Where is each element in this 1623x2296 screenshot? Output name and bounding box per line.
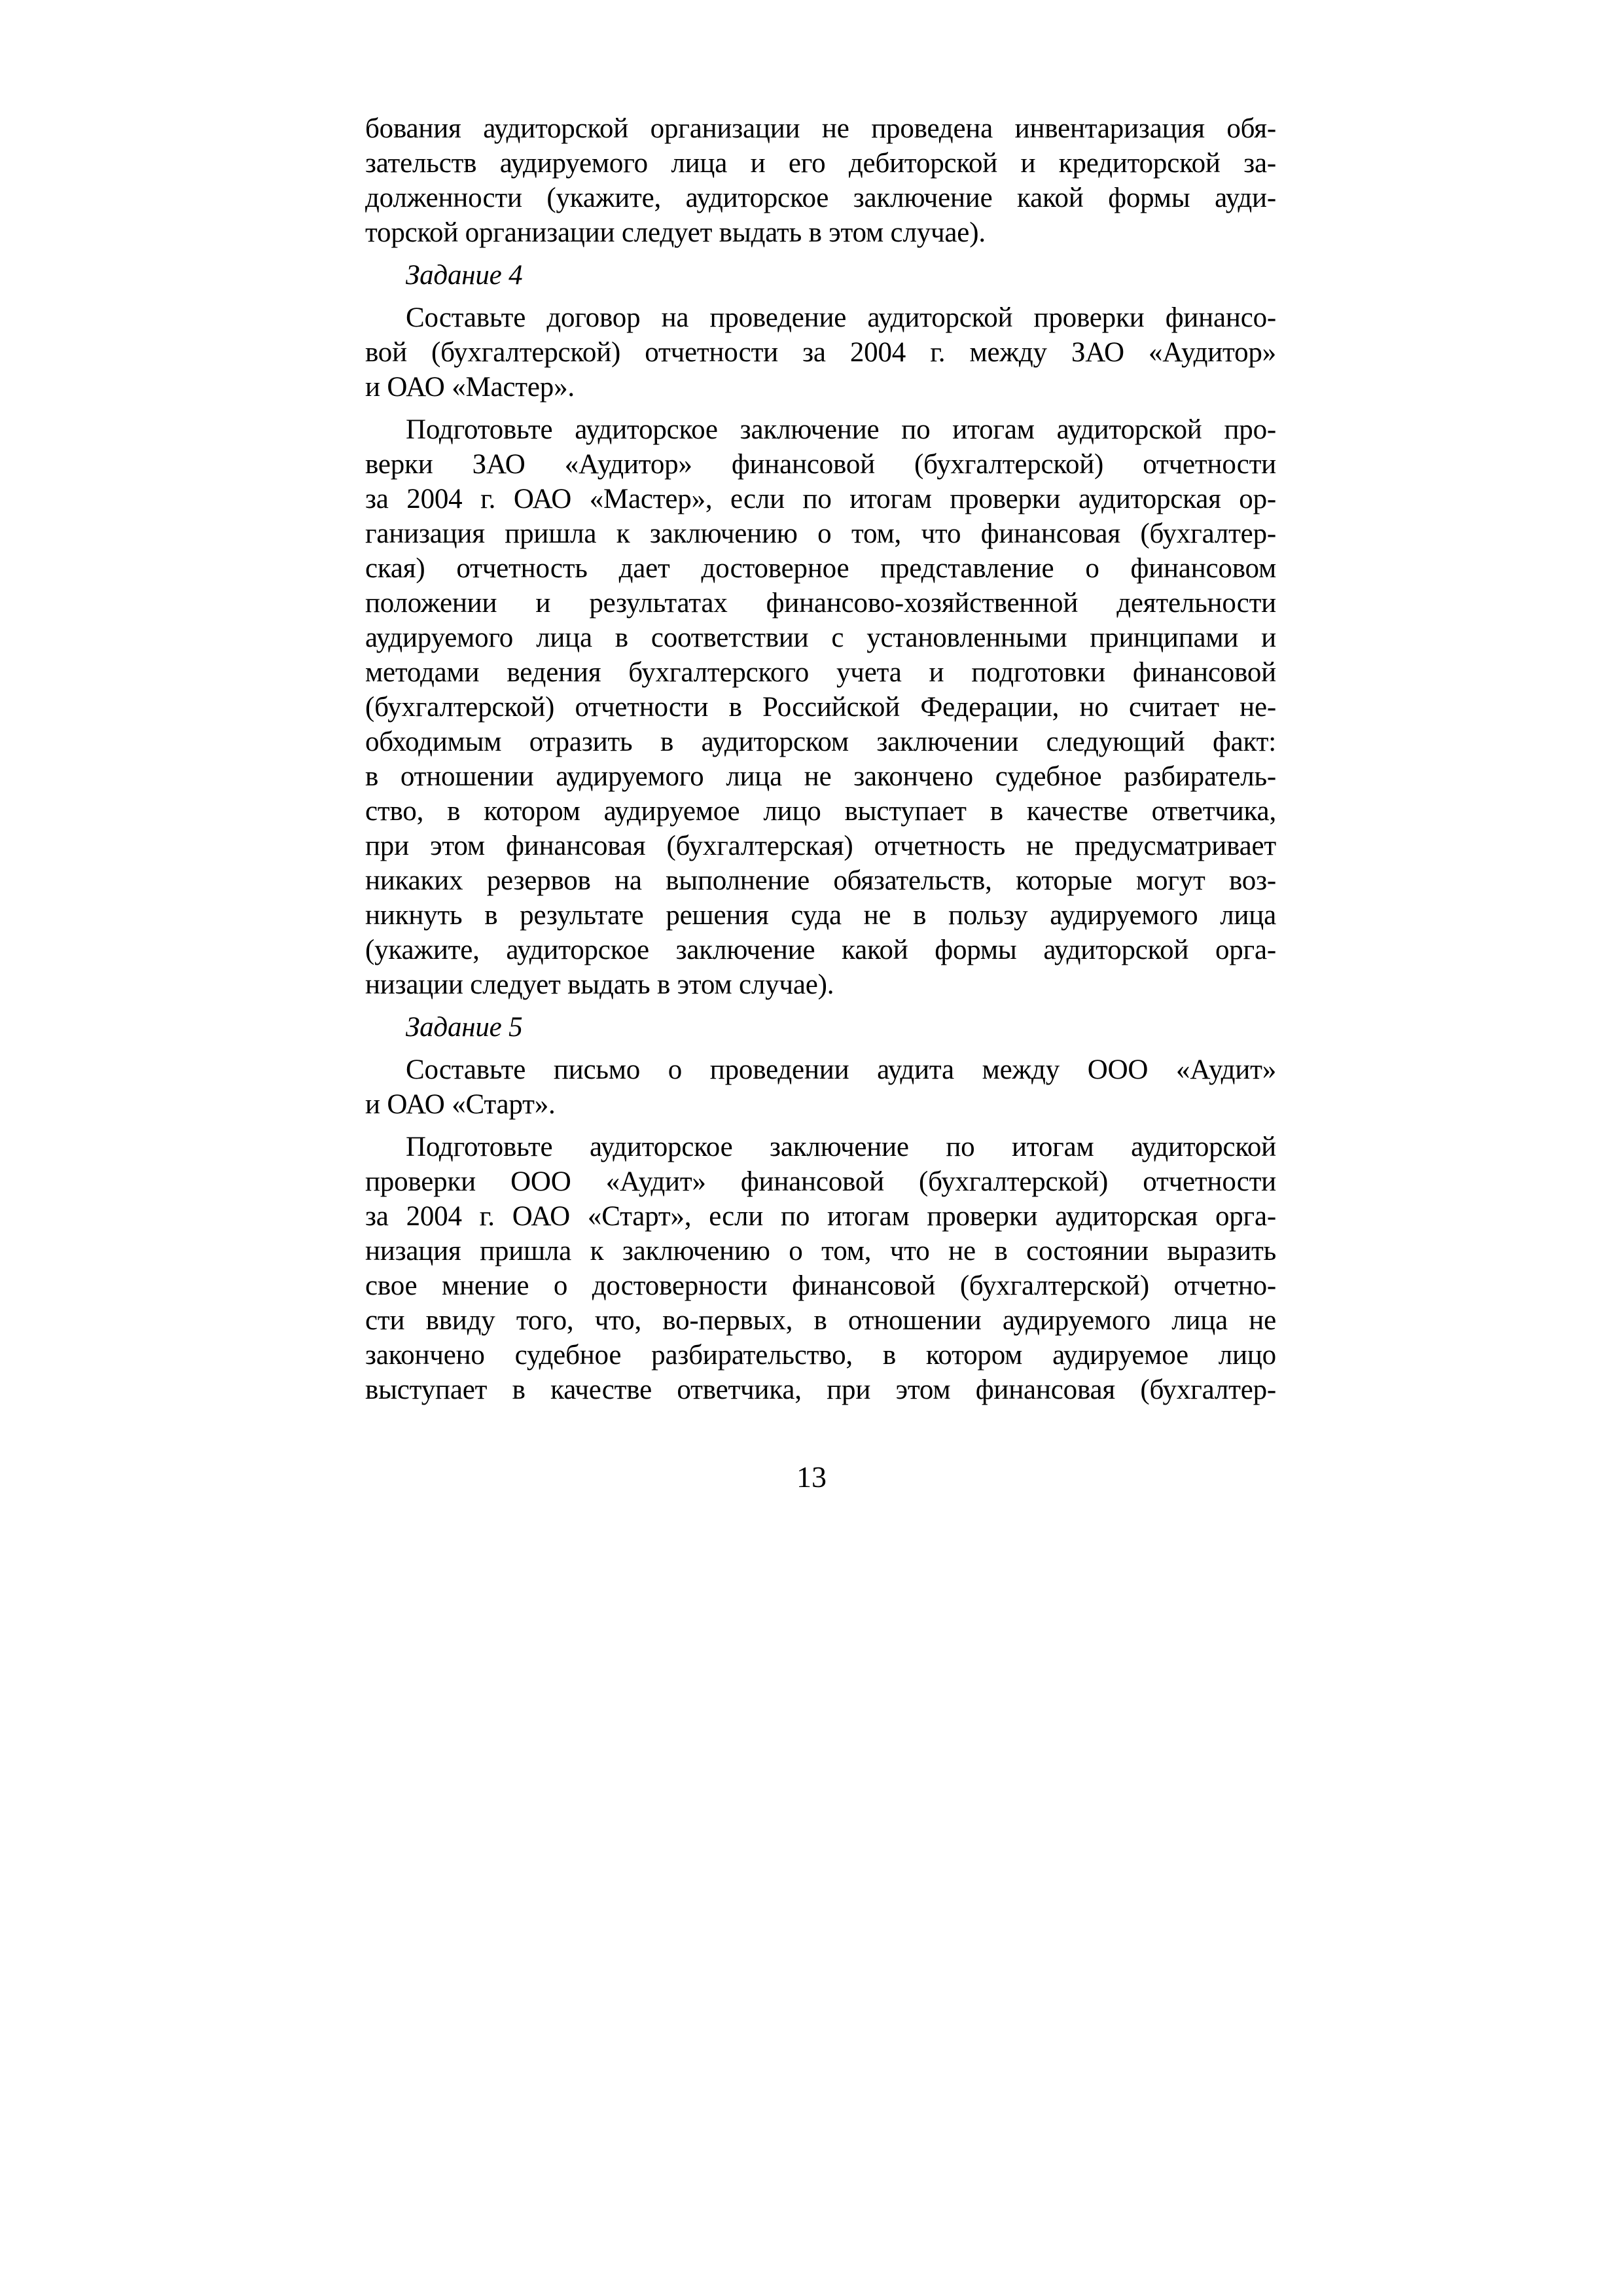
text-line: (укажите, аудиторское заключение какой ф… [365,933,1276,967]
text-line: низация пришла к заключению о том, что н… [365,1234,1276,1268]
text-line: при этом финансовая (бухгалтерская) отче… [365,829,1276,863]
task-5-heading: Задание 5 [365,1010,1276,1045]
paragraph-task5-letter: Составьте письмо о проведении аудита меж… [365,1052,1276,1122]
text-line: Подготовьте аудиторское заключение по ит… [365,412,1276,447]
task-4-heading: Задание 4 [365,258,1276,293]
text-line: выступает в качестве ответчика, при этом… [365,1372,1276,1407]
text-line: методами ведения бухгалтерского учета и … [365,655,1276,690]
text-line: зательств аудируемого лица и его дебитор… [365,146,1276,181]
text-line: торской организации следует выдать в это… [365,215,1276,250]
text-line: ская) отчетность дает достоверное предст… [365,551,1276,586]
text-line: никаких резервов на выполнение обязатель… [365,863,1276,898]
page-number: 13 [0,1460,1623,1494]
text-line: положении и результатах финансово-хозяйс… [365,586,1276,620]
text-line: ганизация пришла к заключению о том, что… [365,516,1276,551]
text-line: за 2004 г. ОАО «Старт», если по итогам п… [365,1199,1276,1234]
paragraph-task4-contract: Составьте договор на проведение аудиторс… [365,300,1276,404]
text-line: Составьте договор на проведение аудиторс… [365,300,1276,335]
text-line: в отношении аудируемого лица не закончен… [365,759,1276,794]
paragraph-task4-conclusion: Подготовьте аудиторское заключение по ит… [365,412,1276,1002]
text-line: Составьте письмо о проведении аудита меж… [365,1052,1276,1087]
text-line: бования аудиторской организации не прове… [365,111,1276,146]
text-line: сти ввиду того, что, во-первых, в отноше… [365,1303,1276,1338]
text-line: аудируемого лица в соответствии с устано… [365,620,1276,655]
text-line: свое мнение о достоверности финансовой (… [365,1268,1276,1303]
paragraph-task5-conclusion: Подготовьте аудиторское заключение по ит… [365,1130,1276,1407]
text-line: обходимым отразить в аудиторском заключе… [365,725,1276,759]
text-line: и ОАО «Мастер». [365,370,1276,404]
text-line: долженности (укажите, аудиторское заключ… [365,181,1276,215]
page: бования аудиторской организации не прове… [0,0,1623,2296]
paragraph-continuation: бования аудиторской организации не прове… [365,111,1276,250]
text-line: и ОАО «Старт». [365,1087,1276,1122]
text-line: верки ЗАО «Аудитор» финансовой (бухгалте… [365,447,1276,482]
text-line: никнуть в результате решения суда не в п… [365,898,1276,933]
text-line: за 2004 г. ОАО «Мастер», если по итогам … [365,482,1276,516]
text-line: низации следует выдать в этом случае). [365,967,1276,1002]
text-line: проверки ООО «Аудит» финансовой (бухгалт… [365,1164,1276,1199]
text-line: (бухгалтерской) отчетности в Российской … [365,690,1276,725]
text-line: вой (бухгалтерской) отчетности за 2004 г… [365,335,1276,370]
text-block: бования аудиторской организации не прове… [365,111,1276,1407]
text-line: Подготовьте аудиторское заключение по ит… [365,1130,1276,1164]
text-line: закончено судебное разбирательство, в ко… [365,1338,1276,1372]
text-line: ство, в котором аудируемое лицо выступае… [365,794,1276,829]
